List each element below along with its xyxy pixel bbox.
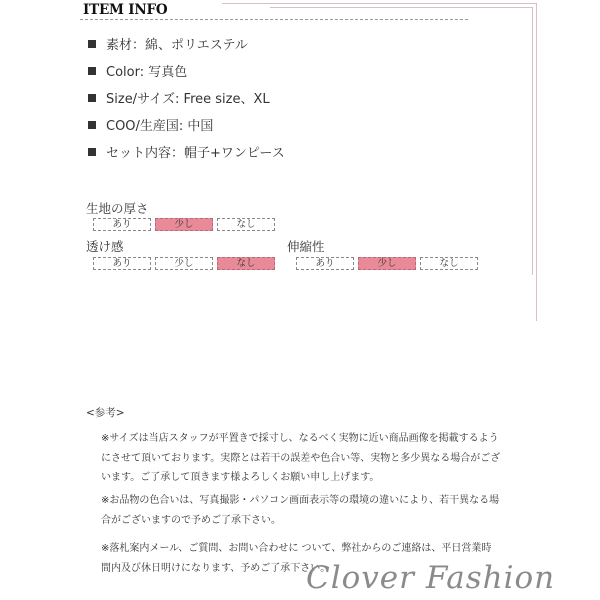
frame-right-outer	[536, 3, 537, 321]
title-divider	[80, 19, 468, 20]
frame-right-inner	[532, 7, 533, 275]
spec-text: セット内容：帽子+ワンピース	[106, 142, 285, 161]
frame-top-inner	[270, 7, 533, 8]
chip-option-selected: 少し	[155, 218, 213, 231]
brand-logo: Clover Fashion	[306, 560, 555, 596]
spec-material: 素材：綿、ポリエステル	[88, 34, 248, 53]
spec-size: Size/サイズ: Free size、XL	[88, 88, 270, 107]
attr-transparency-scale: あり 少し なし	[93, 257, 275, 270]
spec-origin: COO/生産国: 中国	[88, 115, 213, 134]
spec-color: Color: 写真色	[88, 61, 187, 80]
attr-transparency-label: 透け感	[86, 237, 124, 255]
attr-stretch-scale: あり 少し なし	[296, 257, 478, 270]
section-title: ITEM INFO	[83, 2, 168, 18]
chip-option: なし	[420, 257, 478, 270]
square-bullet-icon	[88, 94, 96, 102]
spec-text: Size/サイズ: Free size、XL	[106, 88, 270, 107]
spec-set-contents: セット内容：帽子+ワンピース	[88, 142, 285, 161]
spec-text: COO/生産国: 中国	[106, 115, 213, 134]
reference-note-size: ※サイズは当店スタッフが平置きで採寸し、なるべく実物に近い商品画像を掲載するよう…	[101, 429, 501, 488]
chip-option-selected: 少し	[358, 257, 416, 270]
reference-title: <参考>	[86, 405, 125, 420]
chip-option-selected: なし	[217, 257, 275, 270]
attr-thickness-label: 生地の厚さ	[86, 199, 149, 217]
attr-thickness-scale: あり 少し なし	[93, 218, 275, 231]
square-bullet-icon	[88, 148, 96, 156]
reference-note-color: ※お品物の色合いは、写真撮影・パソコン画面表示等の環境の違いにより、若干異なる場…	[101, 491, 501, 530]
frame-top-outer	[222, 3, 537, 4]
chip-option: あり	[296, 257, 354, 270]
attr-stretch-label: 伸縮性	[287, 237, 325, 255]
chip-option: なし	[217, 218, 275, 231]
chip-option: あり	[93, 257, 151, 270]
square-bullet-icon	[88, 121, 96, 129]
spec-text: 素材：綿、ポリエステル	[106, 34, 248, 53]
spec-text: Color: 写真色	[106, 61, 187, 80]
chip-option: あり	[93, 218, 151, 231]
chip-option: 少し	[155, 257, 213, 270]
square-bullet-icon	[88, 40, 96, 48]
square-bullet-icon	[88, 67, 96, 75]
